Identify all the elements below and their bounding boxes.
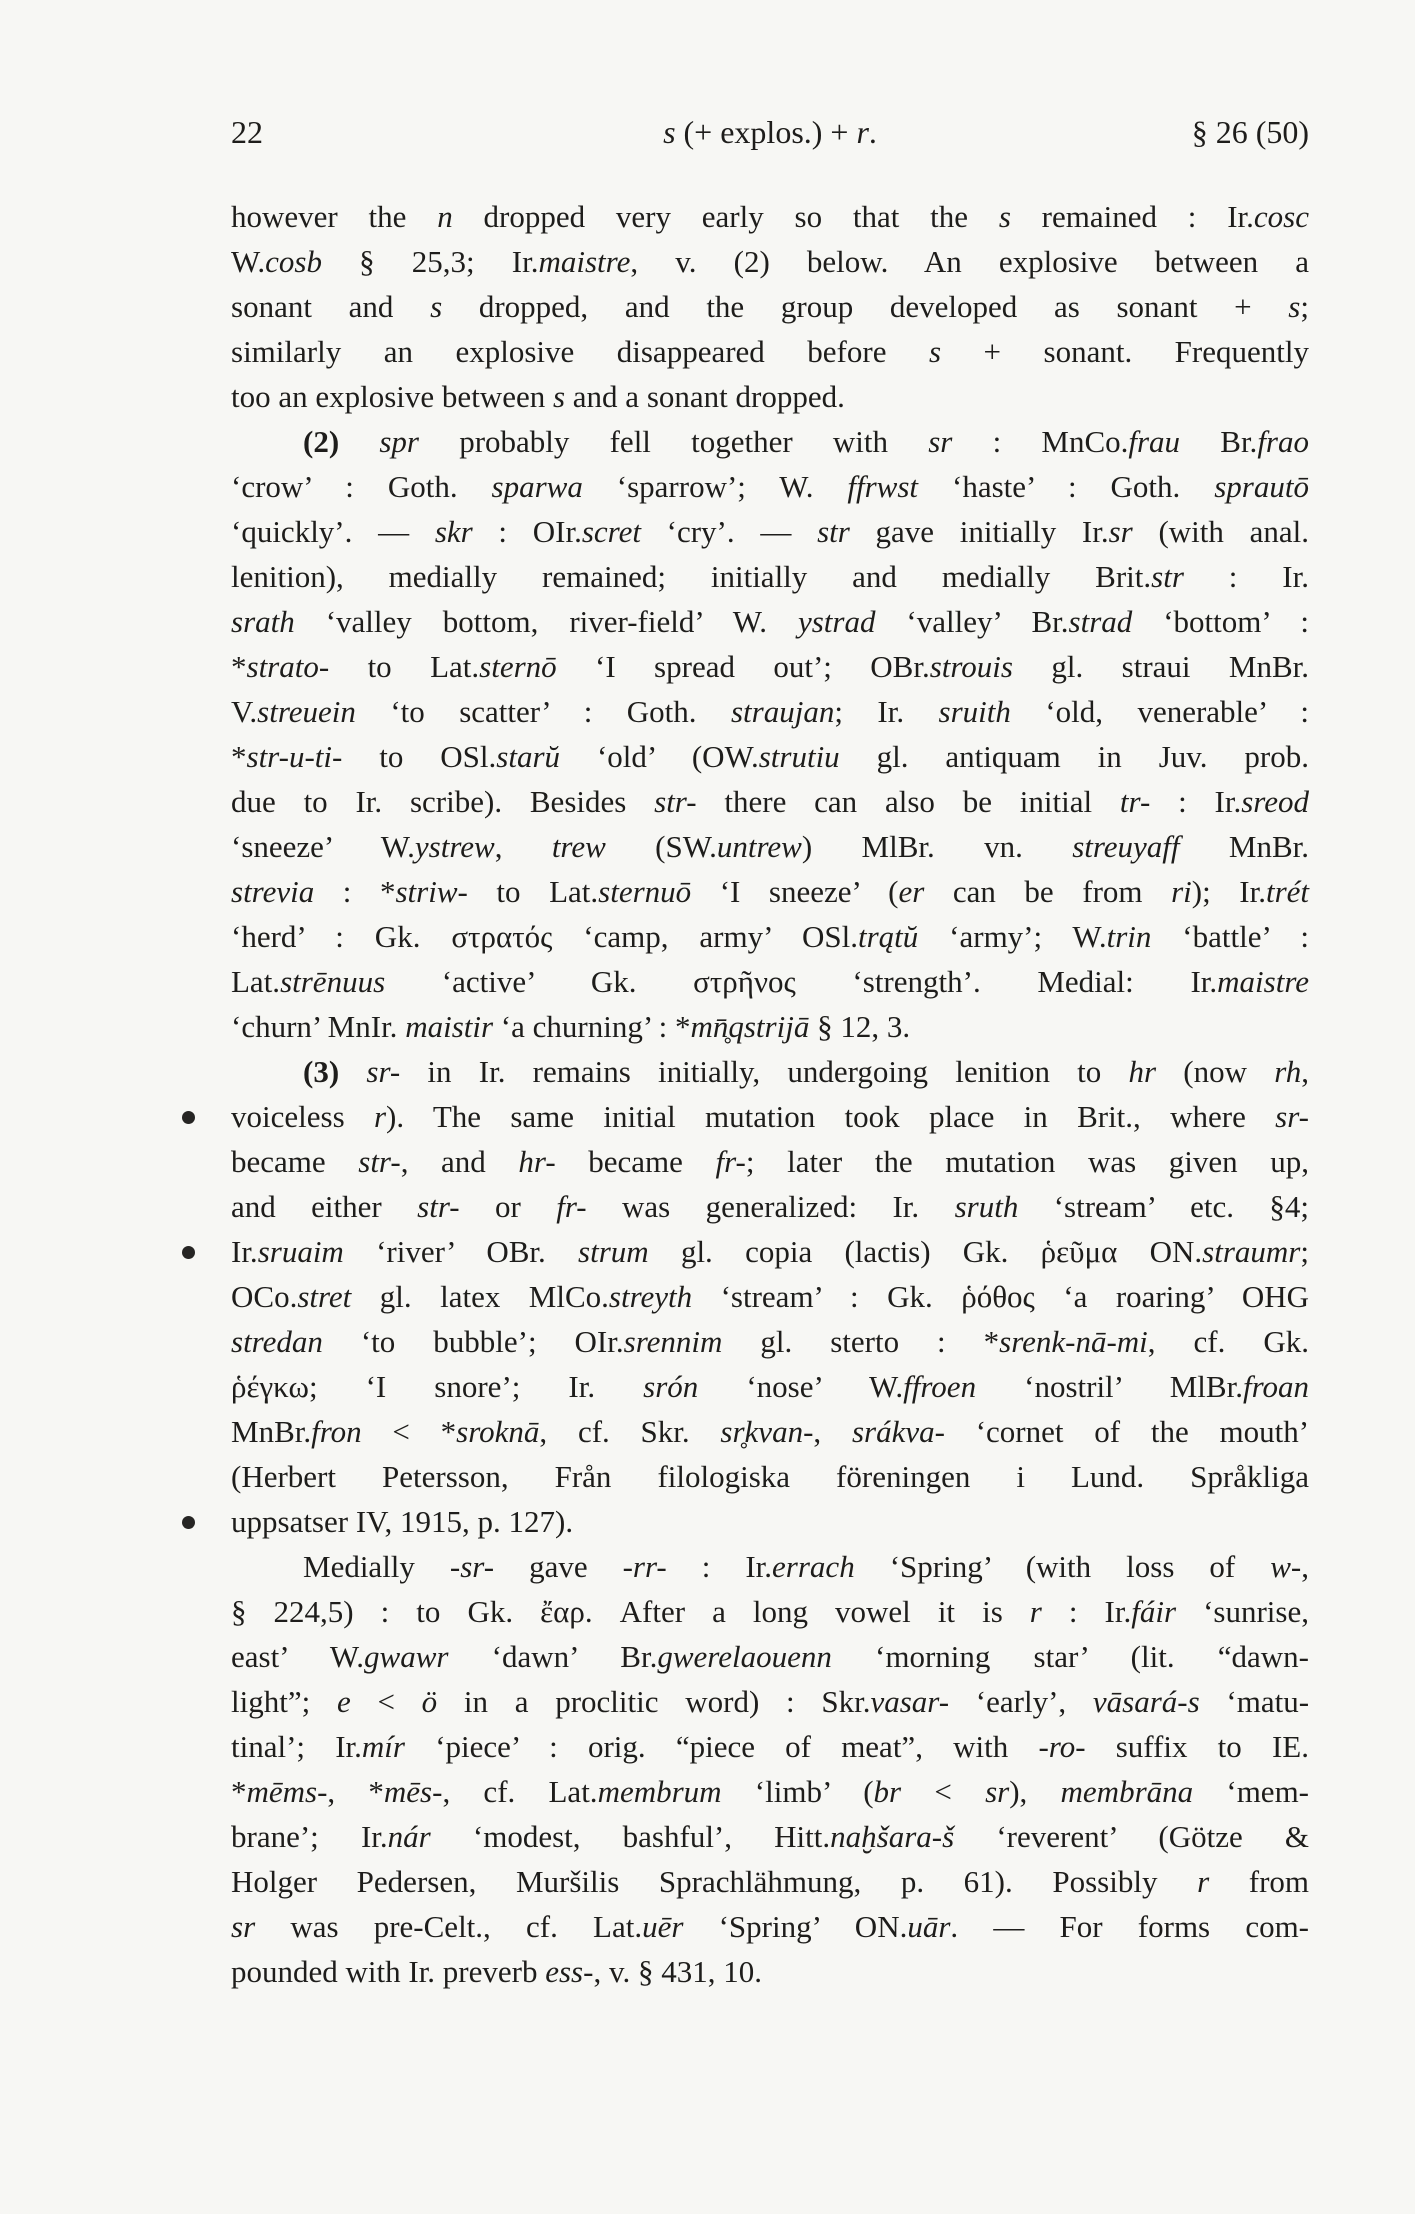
text-segment: srath <box>231 604 295 639</box>
text-segment: scret <box>582 514 641 549</box>
text-line: Holger Pedersen, Muršilis Sprachlähmung,… <box>231 1859 1309 1904</box>
text-segment: ö <box>422 1684 438 1719</box>
text-segment: vāsará-s <box>1093 1684 1200 1719</box>
text-segment: srákva- <box>852 1414 945 1449</box>
text-line: MnBr.fron < *sroknā, cf. Skr. sr̥kvan-, … <box>231 1409 1309 1454</box>
text-segment: str- <box>654 784 696 819</box>
text-segment: § 25,3; Ir. <box>322 244 538 279</box>
text-segment: str-u-ti- <box>247 739 343 774</box>
text-segment: became <box>231 1144 358 1179</box>
text-segment: s <box>999 199 1011 234</box>
text-segment: suffix to IE. <box>1086 1729 1309 1764</box>
text-segment: errach <box>772 1549 855 1584</box>
text-segment: sr <box>1109 514 1133 549</box>
text-segment: sruth <box>955 1189 1019 1224</box>
text-segment: in Ir. remains initially, undergoing len… <box>400 1054 1128 1089</box>
text-segment: § 12, 3. <box>809 1009 910 1044</box>
text-segment: spr <box>379 424 419 459</box>
margin-bullet-icon <box>182 1246 195 1259</box>
text-segment: r <box>1030 1594 1042 1629</box>
text-segment: stredan <box>231 1324 323 1359</box>
text-segment: Br. <box>1180 424 1257 459</box>
text-segment: < <box>901 1774 985 1809</box>
text-segment: mēms- <box>247 1774 328 1809</box>
text-line: pounded with Ir. preverb ess-, v. § 431,… <box>231 1949 1309 1994</box>
text-segment: ‘morning star’ (lit. “dawn- <box>832 1639 1309 1674</box>
text-segment: trét <box>1266 874 1309 909</box>
text-line: sonant and s dropped, and the group deve… <box>231 284 1309 329</box>
section-reference: § 26 (50) <box>1089 110 1309 155</box>
text-segment: ‘stream’ etc. §4; <box>1018 1189 1309 1224</box>
text-segment: s <box>553 379 565 414</box>
text-line: (Herbert Petersson, Från filologiska för… <box>231 1454 1309 1499</box>
text-segment: hr- <box>518 1144 555 1179</box>
text-line: V.streuein ‘to scatter’ : Goth. straujan… <box>231 689 1309 734</box>
text-segment: Lat. <box>231 964 280 999</box>
text-segment: maistre <box>1217 964 1309 999</box>
text-segment: strato- <box>247 649 330 684</box>
text-segment: str- <box>358 1144 400 1179</box>
text-segment: frau <box>1128 424 1180 459</box>
text-segment: Ir. <box>231 1234 258 1269</box>
text-segment: sonant and <box>231 289 430 324</box>
text-segment: , v. § 431, 10. <box>593 1954 762 1989</box>
text-segment: br <box>874 1774 902 1809</box>
text-segment: ‘I spread out’; OBr. <box>557 649 930 684</box>
text-segment: ri <box>1171 874 1192 909</box>
text-segment: : Ir. <box>1150 784 1241 819</box>
text-segment: ‘old, venerable’ : <box>1011 694 1309 729</box>
text-segment: stret <box>297 1279 351 1314</box>
text-segment: ystrad <box>798 604 876 639</box>
text-segment: . <box>869 114 877 150</box>
text-segment: sruaim <box>258 1234 344 1269</box>
text-segment: gl. latex MlCo. <box>351 1279 609 1314</box>
text-segment: pounded with Ir. preverb <box>231 1954 545 1989</box>
text-segment: : OIr. <box>473 514 582 549</box>
text-segment: ‘sunrise, <box>1176 1594 1309 1629</box>
text-segment: OCo. <box>231 1279 297 1314</box>
text-segment: streyth <box>609 1279 692 1314</box>
text-segment: MnBr. <box>1180 829 1309 864</box>
text-segment: ‘to bubble’; OIr. <box>323 1324 624 1359</box>
text-segment: membrum <box>598 1774 722 1809</box>
text-segment: to OSl. <box>342 739 496 774</box>
text-segment: hr <box>1129 1054 1157 1089</box>
text-line: lenition), medially remained; initially … <box>231 554 1309 599</box>
text-segment: skr <box>435 514 473 549</box>
text-segment: was generalized: Ir. <box>587 1189 955 1224</box>
text-segment: , <box>1301 1549 1309 1584</box>
text-segment: -sr- <box>450 1549 494 1584</box>
text-segment: sreod <box>1241 784 1309 819</box>
text-segment: sternō <box>479 649 557 684</box>
text-segment: ‘Spring’ ON. <box>683 1909 907 1944</box>
text-segment: fr- <box>716 1144 746 1179</box>
text-segment: Holger Pedersen, Muršilis Sprachlähmung,… <box>231 1864 1197 1899</box>
text-segment: ‘matu- <box>1200 1684 1309 1719</box>
text-segment: r <box>856 114 868 150</box>
text-segment: (Herbert Petersson, Från filologiska för… <box>231 1459 1309 1494</box>
text-segment: gl. copia (lactis) Gk. ῥεῦμα ON. <box>649 1234 1202 1269</box>
text-segment: gl. antiquam in Juv. prob. <box>840 739 1309 774</box>
text-segment: , * <box>327 1774 383 1809</box>
text-segment: uār <box>907 1909 950 1944</box>
text-line: voiceless r). The same initial mutation … <box>231 1094 1309 1139</box>
text-segment: ‘old’ (OW. <box>560 739 759 774</box>
text-segment: (now <box>1156 1054 1274 1089</box>
text-segment: gl. straui MnBr. <box>1013 649 1309 684</box>
text-segment: -ro- <box>1038 1729 1085 1764</box>
text-segment: lenition), medially remained; initially … <box>231 559 1151 594</box>
text-line: brane’; Ir.nár ‘modest, bashful’, Hitt.n… <box>231 1814 1309 1859</box>
text-segment: (3) <box>303 1054 366 1089</box>
text-segment: however the <box>231 199 437 234</box>
text-segment: W. <box>231 244 265 279</box>
text-segment: gave <box>494 1549 623 1584</box>
text-segment: ‘valley’ Br. <box>875 604 1068 639</box>
text-segment: dropped very early so that the <box>453 199 999 234</box>
text-segment: ‘to scatter’ : Goth. <box>356 694 731 729</box>
text-segment: can be from <box>924 874 1171 909</box>
text-segment: str <box>817 514 850 549</box>
text-line: too an explosive between s and a sonant … <box>231 374 1309 419</box>
text-segment: ‘modest, bashful’, Hitt. <box>431 1819 830 1854</box>
text-segment: , cf. Lat. <box>442 1774 597 1809</box>
text-segment: rh <box>1274 1054 1301 1089</box>
text-segment: : * <box>314 874 395 909</box>
text-line: *mēms-, *mēs-, cf. Lat.membrum ‘limb’ (b… <box>231 1769 1309 1814</box>
text-line: tinal’; Ir.mír ‘piece’ : orig. “piece of… <box>231 1724 1309 1769</box>
text-segment: ‘nose’ W. <box>698 1369 903 1404</box>
text-segment: sternuō <box>598 874 691 909</box>
text-segment: untrew <box>717 829 802 864</box>
text-segment: V. <box>231 694 257 729</box>
text-segment: str <box>1151 559 1184 594</box>
text-segment: sruith <box>939 694 1011 729</box>
text-line: ῥέγκω; ‘I snore’; Ir. srón ‘nose’ W.ffro… <box>231 1364 1309 1409</box>
text-line: sr was pre-Celt., cf. Lat.uēr ‘Spring’ O… <box>231 1904 1309 1949</box>
text-segment: fron <box>311 1414 362 1449</box>
text-segment: gwerelaouenn <box>657 1639 831 1674</box>
text-segment: ); Ir. <box>1192 874 1266 909</box>
text-segment: , cf. Gk. <box>1148 1324 1309 1359</box>
text-line: however the n dropped very early so that… <box>231 194 1309 239</box>
text-segment: . — For forms com- <box>950 1909 1309 1944</box>
text-segment: s <box>663 114 675 150</box>
text-segment: ‘churn’ MnIr. <box>231 1009 405 1044</box>
text-segment: brane’; Ir. <box>231 1819 388 1854</box>
text-segment: ‘quickly’. — <box>231 514 435 549</box>
text-segment: , <box>495 829 552 864</box>
text-segment: ‘early’, <box>949 1684 1093 1719</box>
text-segment: ). The same initial mutation took place … <box>386 1099 1275 1134</box>
text-line: ‘crow’ : Goth. sparwa ‘sparrow’; W. ffrw… <box>231 464 1309 509</box>
text-segment: uēr <box>642 1909 683 1944</box>
text-segment: dropped, and the group developed as sona… <box>442 289 1288 324</box>
text-segment: ) MlBr. vn. <box>802 829 1072 864</box>
text-segment: sr <box>231 1909 255 1944</box>
text-segment: from <box>1209 1864 1309 1899</box>
text-segment: fr- <box>556 1189 586 1224</box>
text-segment: ‘Spring’ (with loss of <box>855 1549 1271 1584</box>
text-segment: < * <box>362 1414 457 1449</box>
text-segment: in a proclitic word) : Skr. <box>437 1684 870 1719</box>
text-line: due to Ir. scribe). Besides str- there c… <box>231 779 1309 824</box>
text-segment: strutiu <box>759 739 840 774</box>
text-segment: strum <box>578 1234 649 1269</box>
text-segment: Medially <box>303 1549 450 1584</box>
margin-bullet-icon <box>182 1111 195 1124</box>
text-segment: : Ir. <box>667 1549 772 1584</box>
text-segment: sroknā <box>456 1414 539 1449</box>
text-segment: n <box>437 199 453 234</box>
text-segment: too an explosive between <box>231 379 553 414</box>
text-segment: , <box>1301 1054 1309 1089</box>
text-segment: straujan <box>731 694 834 729</box>
text-segment: * <box>231 739 247 774</box>
text-segment: strouis <box>930 649 1013 684</box>
text-segment: straumr <box>1202 1234 1300 1269</box>
text-segment: s <box>929 334 941 369</box>
text-segment: * <box>231 649 247 684</box>
text-segment: maistir <box>405 1009 493 1044</box>
text-segment: , v. (2) below. An explosive between a <box>630 244 1309 279</box>
text-segment: ‘piece’ : orig. “piece of meat”, with <box>405 1729 1038 1764</box>
text-line: ‘herd’ : Gk. στρατός ‘camp, army’ OSl.tr… <box>231 914 1309 959</box>
text-line: became str-, and hr- became fr-; later t… <box>231 1139 1309 1184</box>
text-segment: ; <box>1300 289 1309 324</box>
text-segment: w- <box>1270 1549 1301 1584</box>
text-segment: , and <box>401 1144 519 1179</box>
text-segment: (with anal. <box>1133 514 1309 549</box>
text-segment: uppsatser IV, 1915, p. 127). <box>231 1504 573 1539</box>
text-segment: probably fell together with <box>419 424 928 459</box>
text-segment: ῥέγκω; ‘I snore’; Ir. <box>231 1369 643 1404</box>
text-segment: vasar- <box>870 1684 949 1719</box>
text-segment: naḫšara-š <box>830 1819 954 1854</box>
text-line: srath ‘valley bottom, river-field’ W. ys… <box>231 599 1309 644</box>
text-segment: : MnCo. <box>952 424 1128 459</box>
text-segment: there can also be initial <box>697 784 1120 819</box>
text-segment: ‘haste’ : Goth. <box>918 469 1214 504</box>
text-segment: streuyaff <box>1072 829 1179 864</box>
text-line: *strato- to Lat.sternō ‘I spread out’; O… <box>231 644 1309 689</box>
text-segment: remained : Ir. <box>1011 199 1254 234</box>
text-line: strevia : *striw- to Lat.sternuō ‘I snee… <box>231 869 1309 914</box>
text-segment: ; <box>1300 1234 1309 1269</box>
text-line: ‘quickly’. — skr : OIr.scret ‘cry’. — st… <box>231 509 1309 554</box>
text-segment: : Ir. <box>1042 1594 1131 1629</box>
text-segment: cosc <box>1254 199 1309 234</box>
text-line: § 224,5) : to Gk. ἔαρ. After a long vowe… <box>231 1589 1309 1634</box>
text-segment: (+ explos.) + <box>676 114 857 150</box>
text-segment: gl. sterto : * <box>722 1324 999 1359</box>
text-segment: membrāna <box>1061 1774 1194 1809</box>
text-segment: ‘cry’. — <box>641 514 817 549</box>
text-segment: , <box>813 1414 852 1449</box>
text-segment: to Lat. <box>329 649 479 684</box>
text-line: W.cosb § 25,3; Ir.maistre, v. (2) below.… <box>231 239 1309 284</box>
text-line: ‘churn’ MnIr. maistir ‘a churning’ : *mn… <box>231 1004 1309 1049</box>
text-segment: srennim <box>624 1324 723 1359</box>
text-segment: ‘nostril’ MlBr. <box>976 1369 1243 1404</box>
text-segment: ‘crow’ : Goth. <box>231 469 492 504</box>
text-segment: ), <box>1009 1774 1060 1809</box>
text-line: uppsatser IV, 1915, p. 127). <box>231 1499 1309 1544</box>
text-segment: sr̥kvan- <box>720 1414 813 1449</box>
text-segment: § 224,5) : to Gk. ἔαρ. After a long vowe… <box>231 1594 1030 1629</box>
text-segment: sr <box>985 1774 1009 1809</box>
text-segment: light”; <box>231 1684 337 1719</box>
text-segment: due to Ir. scribe). Besides <box>231 784 654 819</box>
text-segment: sparwa <box>492 469 583 504</box>
text-segment: ; later the mutation was given up, <box>746 1144 1309 1179</box>
page-header: 22 s (+ explos.) + r. § 26 (50) <box>231 110 1309 155</box>
text-line: (2) spr probably fell together with sr :… <box>231 419 1309 464</box>
text-line: Lat.strēnuus ‘active’ Gk. στρῆνος ‘stren… <box>231 959 1309 1004</box>
text-segment: ‘bottom’ : <box>1132 604 1309 639</box>
text-segment: s <box>1288 289 1300 324</box>
text-segment: < <box>351 1684 422 1719</box>
text-line: Medially -sr- gave -rr- : Ir.errach ‘Spr… <box>231 1544 1309 1589</box>
text-block: however the n dropped very early so that… <box>231 194 1309 1994</box>
text-segment: ‘valley bottom, river-field’ W. <box>295 604 798 639</box>
text-segment: nár <box>388 1819 431 1854</box>
text-segment: ‘active’ Gk. στρῆνος ‘strength’. Medial:… <box>385 964 1217 999</box>
text-segment: sr <box>928 424 952 459</box>
text-segment: mēs- <box>384 1774 443 1809</box>
text-segment: MnBr. <box>231 1414 311 1449</box>
text-segment: ‘sparrow’; W. <box>583 469 848 504</box>
text-segment: trątŭ <box>858 919 918 954</box>
text-segment: trew <box>552 829 606 864</box>
text-segment: ffrwst <box>847 469 918 504</box>
text-segment: trin <box>1107 919 1152 954</box>
text-segment: became <box>556 1144 716 1179</box>
text-segment: sr- <box>366 1054 400 1089</box>
text-segment: r <box>374 1099 386 1134</box>
text-segment: strevia <box>231 874 314 909</box>
text-segment: ‘a churning’ : * <box>493 1009 690 1044</box>
text-segment: : Ir. <box>1184 559 1309 594</box>
text-line: Ir.sruaim ‘river’ OBr. strum gl. copia (… <box>231 1229 1309 1274</box>
text-segment: striw- <box>395 874 467 909</box>
text-segment: frao <box>1257 424 1309 459</box>
margin-bullet-icon <box>182 1516 195 1529</box>
text-line: east’ W.gwawr ‘dawn’ Br.gwerelaouenn ‘mo… <box>231 1634 1309 1679</box>
text-segment: cosb <box>265 244 322 279</box>
text-segment: ‘I sneeze’ ( <box>691 874 898 909</box>
text-segment: srón <box>643 1369 698 1404</box>
text-segment: r <box>1197 1864 1209 1899</box>
text-segment: s <box>430 289 442 324</box>
text-segment: * <box>231 1774 247 1809</box>
text-line: *str-u-ti- to OSl.starŭ ‘old’ (OW.struti… <box>231 734 1309 779</box>
text-segment: gave initially Ir. <box>850 514 1109 549</box>
text-segment: ‘sneeze’ W. <box>231 829 415 864</box>
text-segment: or <box>460 1189 557 1224</box>
text-segment: starŭ <box>496 739 560 774</box>
text-segment: fáir <box>1131 1594 1176 1629</box>
text-segment: ‘mem- <box>1193 1774 1309 1809</box>
running-title: s (+ explos.) + r. <box>451 110 1089 155</box>
text-segment: (2) <box>303 424 379 459</box>
text-segment: streuein <box>257 694 356 729</box>
text-segment: to Lat. <box>468 874 598 909</box>
text-segment: -rr- <box>623 1549 667 1584</box>
text-segment: (SW. <box>606 829 717 864</box>
text-segment: strēnuus <box>280 964 385 999</box>
text-segment: ‘dawn’ Br. <box>448 1639 657 1674</box>
text-segment: + sonant. Frequently <box>941 334 1309 369</box>
text-segment: , cf. Skr. <box>539 1414 720 1449</box>
text-segment: ‘river’ OBr. <box>344 1234 578 1269</box>
book-page: 22 s (+ explos.) + r. § 26 (50) however … <box>0 0 1415 2214</box>
text-segment: mír <box>362 1729 405 1764</box>
text-segment: gwawr <box>364 1639 448 1674</box>
text-segment: ‘limb’ ( <box>722 1774 874 1809</box>
text-segment: ‘herd’ : Gk. στρατός ‘camp, army’ OSl. <box>231 919 858 954</box>
text-line: stredan ‘to bubble’; OIr.srennim gl. ste… <box>231 1319 1309 1364</box>
page-number: 22 <box>231 110 451 155</box>
text-line: OCo.stret gl. latex MlCo.streyth ‘stream… <box>231 1274 1309 1319</box>
text-segment: ystrew <box>415 829 495 864</box>
text-line: and either str- or fr- was generalized: … <box>231 1184 1309 1229</box>
text-segment: was pre-Celt., cf. Lat. <box>255 1909 642 1944</box>
text-segment: east’ W. <box>231 1639 364 1674</box>
text-line: light”; e < ö in a proclitic word) : Skr… <box>231 1679 1309 1724</box>
text-segment: e <box>337 1684 351 1719</box>
text-segment: similarly an explosive disappeared befor… <box>231 334 929 369</box>
text-segment: ess- <box>545 1954 593 1989</box>
text-segment: ‘reverent’ (Götze & <box>954 1819 1309 1854</box>
text-segment: strad <box>1069 604 1133 639</box>
text-segment: str- <box>417 1189 459 1224</box>
text-segment: maistre <box>538 244 630 279</box>
text-segment: ; Ir. <box>834 694 938 729</box>
text-segment: tr- <box>1120 784 1150 819</box>
text-line: (3) sr- in Ir. remains initially, underg… <box>231 1049 1309 1094</box>
text-segment: srenk-nā-mi <box>999 1324 1148 1359</box>
text-segment: sr- <box>1275 1099 1309 1134</box>
text-segment: er <box>898 874 924 909</box>
text-segment: ‘army’; W. <box>918 919 1106 954</box>
text-segment: ffroen <box>903 1369 976 1404</box>
text-segment: ‘battle’ : <box>1151 919 1309 954</box>
text-segment: voiceless <box>231 1099 374 1134</box>
text-line: similarly an explosive disappeared befor… <box>231 329 1309 374</box>
text-segment: tinal’; Ir. <box>231 1729 362 1764</box>
text-segment: ‘stream’ : Gk. ῥόθος ‘a roaring’ OHG <box>692 1279 1309 1314</box>
text-segment: ‘cornet of the mouth’ <box>945 1414 1309 1449</box>
text-segment: sprautō <box>1214 469 1309 504</box>
text-segment: and either <box>231 1189 417 1224</box>
text-segment: froan <box>1243 1369 1309 1404</box>
text-line: ‘sneeze’ W.ystrew, trew (SW.untrew) MlBr… <box>231 824 1309 869</box>
text-segment: mn̥̄qstrijā <box>690 1009 809 1044</box>
text-segment: and a sonant dropped. <box>565 379 845 414</box>
